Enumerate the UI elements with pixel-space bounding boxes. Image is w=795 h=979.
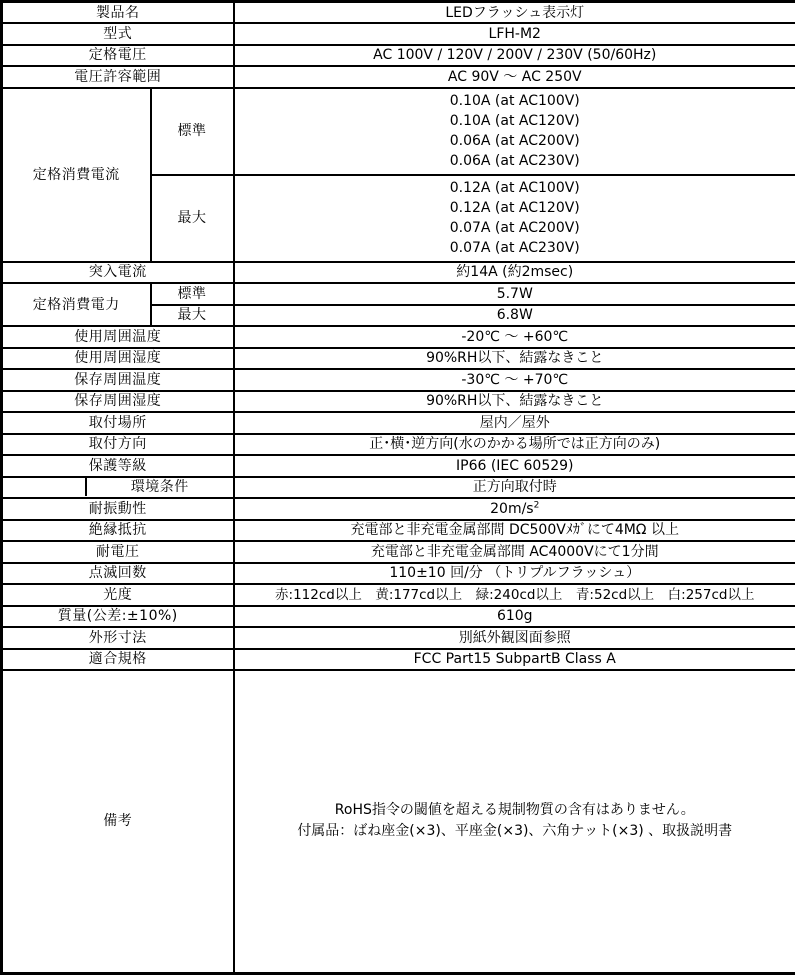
current-standard-line: 0.10A (at AC100V) [450,91,580,111]
value-operating-temp: -20℃ ～ +60℃ [234,326,795,348]
label-insulation: 絶縁抵抗 [2,520,234,542]
label-environment: 環境条件 [85,478,233,496]
label-dimensions: 外形寸法 [2,627,234,649]
row-voltage-range: 電圧許容範囲 AC 90V ～ AC 250V [2,66,795,88]
label-withstand-voltage: 耐電圧 [2,541,234,563]
row-mounting-direction: 取付方向 正･横･逆方向(水のかかる場所では正方向のみ) [2,434,795,456]
label-rated-power-standard: 標準 [151,283,234,305]
row-protection: 保護等級 IP66 (IEC 60529) [2,455,795,477]
label-mounting-location: 取付場所 [2,412,234,434]
current-standard-line: 0.06A (at AC230V) [450,151,580,171]
row-insulation: 絶縁抵抗 充電部と非充電金属部間 DC500Vﾒｶﾞにて4MΩ 以上 [2,520,795,542]
row-mounting-location: 取付場所 屋内／屋外 [2,412,795,434]
vibration-base: 20m/s [490,501,533,517]
label-rated-power: 定格消費電力 [2,283,151,326]
row-standards: 適合規格 FCC Part15 SubpartB Class A [2,649,795,671]
value-model: LFH-M2 [234,23,795,45]
value-rated-current-max: 0.12A (at AC100V) 0.12A (at AC120V) 0.07… [234,175,795,262]
row-rated-power-standard: 定格消費電力 標準 5.7W [2,283,795,305]
row-flash-rate: 点滅回数 110±10 回/分 （トリプルフラッシュ） [2,563,795,585]
current-max-line: 0.12A (at AC100V) [450,178,580,198]
current-max-line: 0.07A (at AC200V) [450,218,580,238]
value-standards: FCC Part15 SubpartB Class A [234,649,795,671]
value-voltage-range: AC 90V ～ AC 250V [234,66,795,88]
value-storage-humidity: 90%RH以下、結露なきこと [234,391,795,413]
label-operating-humidity: 使用周囲湿度 [2,348,234,370]
label-luminous-intensity: 光度 [2,584,234,606]
row-product-name: 製品名 LEDフラッシュ表示灯 [2,2,795,24]
row-operating-humidity: 使用周囲湿度 90%RH以下、結露なきこと [2,348,795,370]
current-standard-line: 0.06A (at AC200V) [450,131,580,151]
value-environment: 正方向取付時 [234,477,795,499]
value-rated-power-max: 6.8W [234,305,795,327]
label-protection: 保護等級 [2,455,234,477]
value-vibration: 20m/s2 [234,498,795,520]
remarks-line: RoHS指令の閾値を超える規制物質の含有はありません。 [235,800,795,821]
label-vibration: 耐振動性 [2,498,234,520]
row-storage-temp: 保存周囲温度 -30℃ ～ +70℃ [2,369,795,391]
label-rated-current-standard: 標準 [151,88,234,175]
row-withstand-voltage: 耐電圧 充電部と非充電金属部間 AC4000Vにて1分間 [2,541,795,563]
row-inrush-current: 突入電流 約14A (約2msec) [2,262,795,284]
current-max-line: 0.12A (at AC120V) [450,198,580,218]
remarks-line: 付属品：ばね座金(×3)、平座金(×3)、六角ナット(×3) 、取扱説明書 [235,821,795,842]
label-environment-cell: 環境条件 [2,477,234,499]
value-storage-temp: -30℃ ～ +70℃ [234,369,795,391]
value-withstand-voltage: 充電部と非充電金属部間 AC4000Vにて1分間 [234,541,795,563]
value-rated-current-standard: 0.10A (at AC100V) 0.10A (at AC120V) 0.06… [234,88,795,175]
label-rated-current: 定格消費電流 [2,88,151,262]
value-protection: IP66 (IEC 60529) [234,455,795,477]
current-standard-line: 0.10A (at AC120V) [450,111,580,131]
row-luminous-intensity: 光度 赤:112cd以上 黄:177cd以上 緑:240cd以上 青:52cd以… [2,584,795,606]
label-storage-humidity: 保存周囲湿度 [2,391,234,413]
value-dimensions: 別紙外観図面参照 [234,627,795,649]
row-remarks: 備考 RoHS指令の閾値を超える規制物質の含有はありません。 付属品：ばね座金(… [2,670,795,973]
value-mounting-direction: 正･横･逆方向(水のかかる場所では正方向のみ) [234,434,795,456]
row-environment: 環境条件 正方向取付時 [2,477,795,499]
value-remarks: RoHS指令の閾値を超える規制物質の含有はありません。 付属品：ばね座金(×3)… [234,670,795,973]
label-inrush-current: 突入電流 [2,262,234,284]
value-rated-power-standard: 5.7W [234,283,795,305]
value-luminous-intensity: 赤:112cd以上 黄:177cd以上 緑:240cd以上 青:52cd以上 白… [234,584,795,606]
value-flash-rate: 110±10 回/分 （トリプルフラッシュ） [234,563,795,585]
current-max-line: 0.07A (at AC230V) [450,238,580,258]
label-product-name: 製品名 [2,2,234,24]
spec-sheet: 製品名 LEDフラッシュ表示灯 型式 LFH-M2 定格電圧 AC 100V /… [0,0,795,979]
row-operating-temp: 使用周囲温度 -20℃ ～ +60℃ [2,326,795,348]
label-storage-temp: 保存周囲温度 [2,369,234,391]
vibration-exponent: 2 [534,500,540,510]
row-model: 型式 LFH-M2 [2,23,795,45]
label-flash-rate: 点滅回数 [2,563,234,585]
label-standards: 適合規格 [2,649,234,671]
row-vibration: 耐振動性 20m/s2 [2,498,795,520]
value-insulation: 充電部と非充電金属部間 DC500Vﾒｶﾞにて4MΩ 以上 [234,520,795,542]
value-mounting-location: 屋内／屋外 [234,412,795,434]
label-mounting-direction: 取付方向 [2,434,234,456]
value-mass: 610g [234,606,795,628]
label-mass: 質量(公差:±10%) [2,606,234,628]
row-storage-humidity: 保存周囲湿度 90%RH以下、結露なきこと [2,391,795,413]
label-rated-current-max: 最大 [151,175,234,262]
label-remarks: 備考 [2,670,234,973]
label-voltage-range: 電圧許容範囲 [2,66,234,88]
row-rated-current-standard: 定格消費電流 標準 0.10A (at AC100V) 0.10A (at AC… [2,88,795,175]
value-product-name: LEDフラッシュ表示灯 [234,2,795,24]
row-dimensions: 外形寸法 別紙外観図面参照 [2,627,795,649]
label-rated-voltage: 定格電圧 [2,45,234,67]
spec-table: 製品名 LEDフラッシュ表示灯 型式 LFH-M2 定格電圧 AC 100V /… [0,0,795,975]
label-operating-temp: 使用周囲温度 [2,326,234,348]
row-rated-voltage: 定格電圧 AC 100V / 120V / 200V / 230V (50/60… [2,45,795,67]
row-mass: 質量(公差:±10%) 610g [2,606,795,628]
value-inrush-current: 約14A (約2msec) [234,262,795,284]
label-rated-power-max: 最大 [151,305,234,327]
value-rated-voltage: AC 100V / 120V / 200V / 230V (50/60Hz) [234,45,795,67]
value-operating-humidity: 90%RH以下、結露なきこと [234,348,795,370]
label-model: 型式 [2,23,234,45]
